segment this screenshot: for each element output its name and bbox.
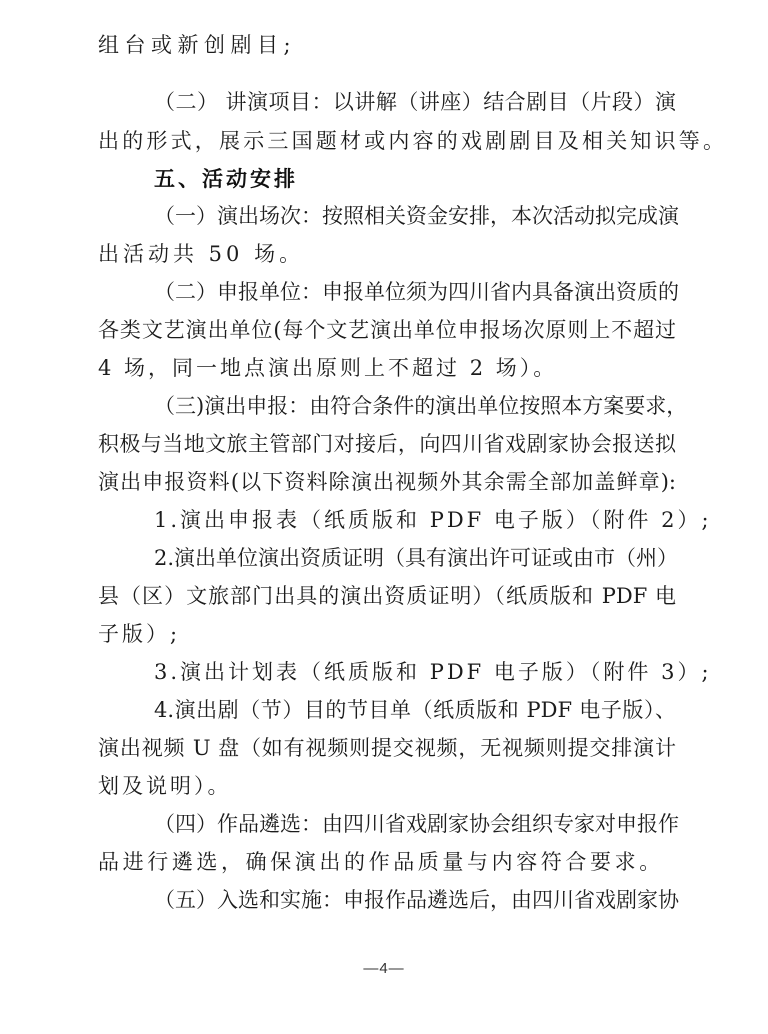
sub-item-2-qualification-proof: 2.演出单位演出资质证明（具有演出许可证或由市（州） bbox=[154, 543, 676, 573]
body-line: 出活动共 50 场。 bbox=[98, 239, 304, 269]
sub-item-4-program-list: 4.演出剧（节）目的节目单（纸质版和 PDF 电子版）、 bbox=[154, 695, 676, 725]
item-1-performance-count: （一）演出场次：按照相关资金安排，本次活动拟完成演 bbox=[154, 201, 676, 231]
sub-item-1-application-form: 1.演出申报表（纸质版和 PDF 电子版）（附件 2）; bbox=[154, 505, 712, 535]
item-2-applicant-units: （二）申报单位：申报单位须为四川省内具备演出资质的 bbox=[154, 277, 676, 307]
item-2-lecture-projects: （二） 讲演项目：以讲解（讲座）结合剧目（片段）演 bbox=[154, 87, 676, 117]
body-line: 各类文艺演出单位(每个文艺演出单位申报场次原则上不超过 bbox=[98, 315, 676, 345]
body-line: 划及说明）。 bbox=[98, 771, 232, 801]
item-3-performance-application: （三)演出申报：由符合条件的演出单位按照本方案要求， bbox=[154, 391, 676, 421]
section-heading-activity-arrangement: 五、活动安排 bbox=[154, 164, 298, 194]
body-line: 4 场，同一地点演出原则上不超过 2 场）。 bbox=[98, 353, 557, 383]
sub-item-3-performance-plan: 3.演出计划表（纸质版和 PDF 电子版）（附件 3）; bbox=[154, 657, 712, 687]
body-line: 出的形式，展示三国题材或内容的戏剧剧目及相关知识等。 bbox=[98, 126, 676, 156]
body-line: 品进行遴选，确保演出的作品质量与内容符合要求。 bbox=[98, 847, 664, 877]
body-line: 县（区）文旅部门出具的演出资质证明）（纸质版和 PDF 电 bbox=[98, 581, 676, 611]
body-line-continuation: 组台或新创剧目; bbox=[98, 30, 296, 60]
body-line: 子版）; bbox=[98, 619, 180, 649]
body-line: 演出申报资料(以下资料除演出视频外其余需全部加盖鲜章): bbox=[98, 467, 676, 497]
body-line: 演出视频 U 盘（如有视频则提交视频，无视频则提交排演计 bbox=[98, 733, 676, 763]
body-line: 积极与当地文旅主管部门对接后，向四川省戏剧家协会报送拟 bbox=[98, 429, 676, 459]
item-5-selection-and-implementation: （五）入选和实施：申报作品遴选后，由四川省戏剧家协 bbox=[154, 885, 676, 915]
page-number: —4— bbox=[0, 960, 768, 977]
item-4-work-selection: （四）作品遴选：由四川省戏剧家协会组织专家对申报作 bbox=[154, 809, 676, 839]
